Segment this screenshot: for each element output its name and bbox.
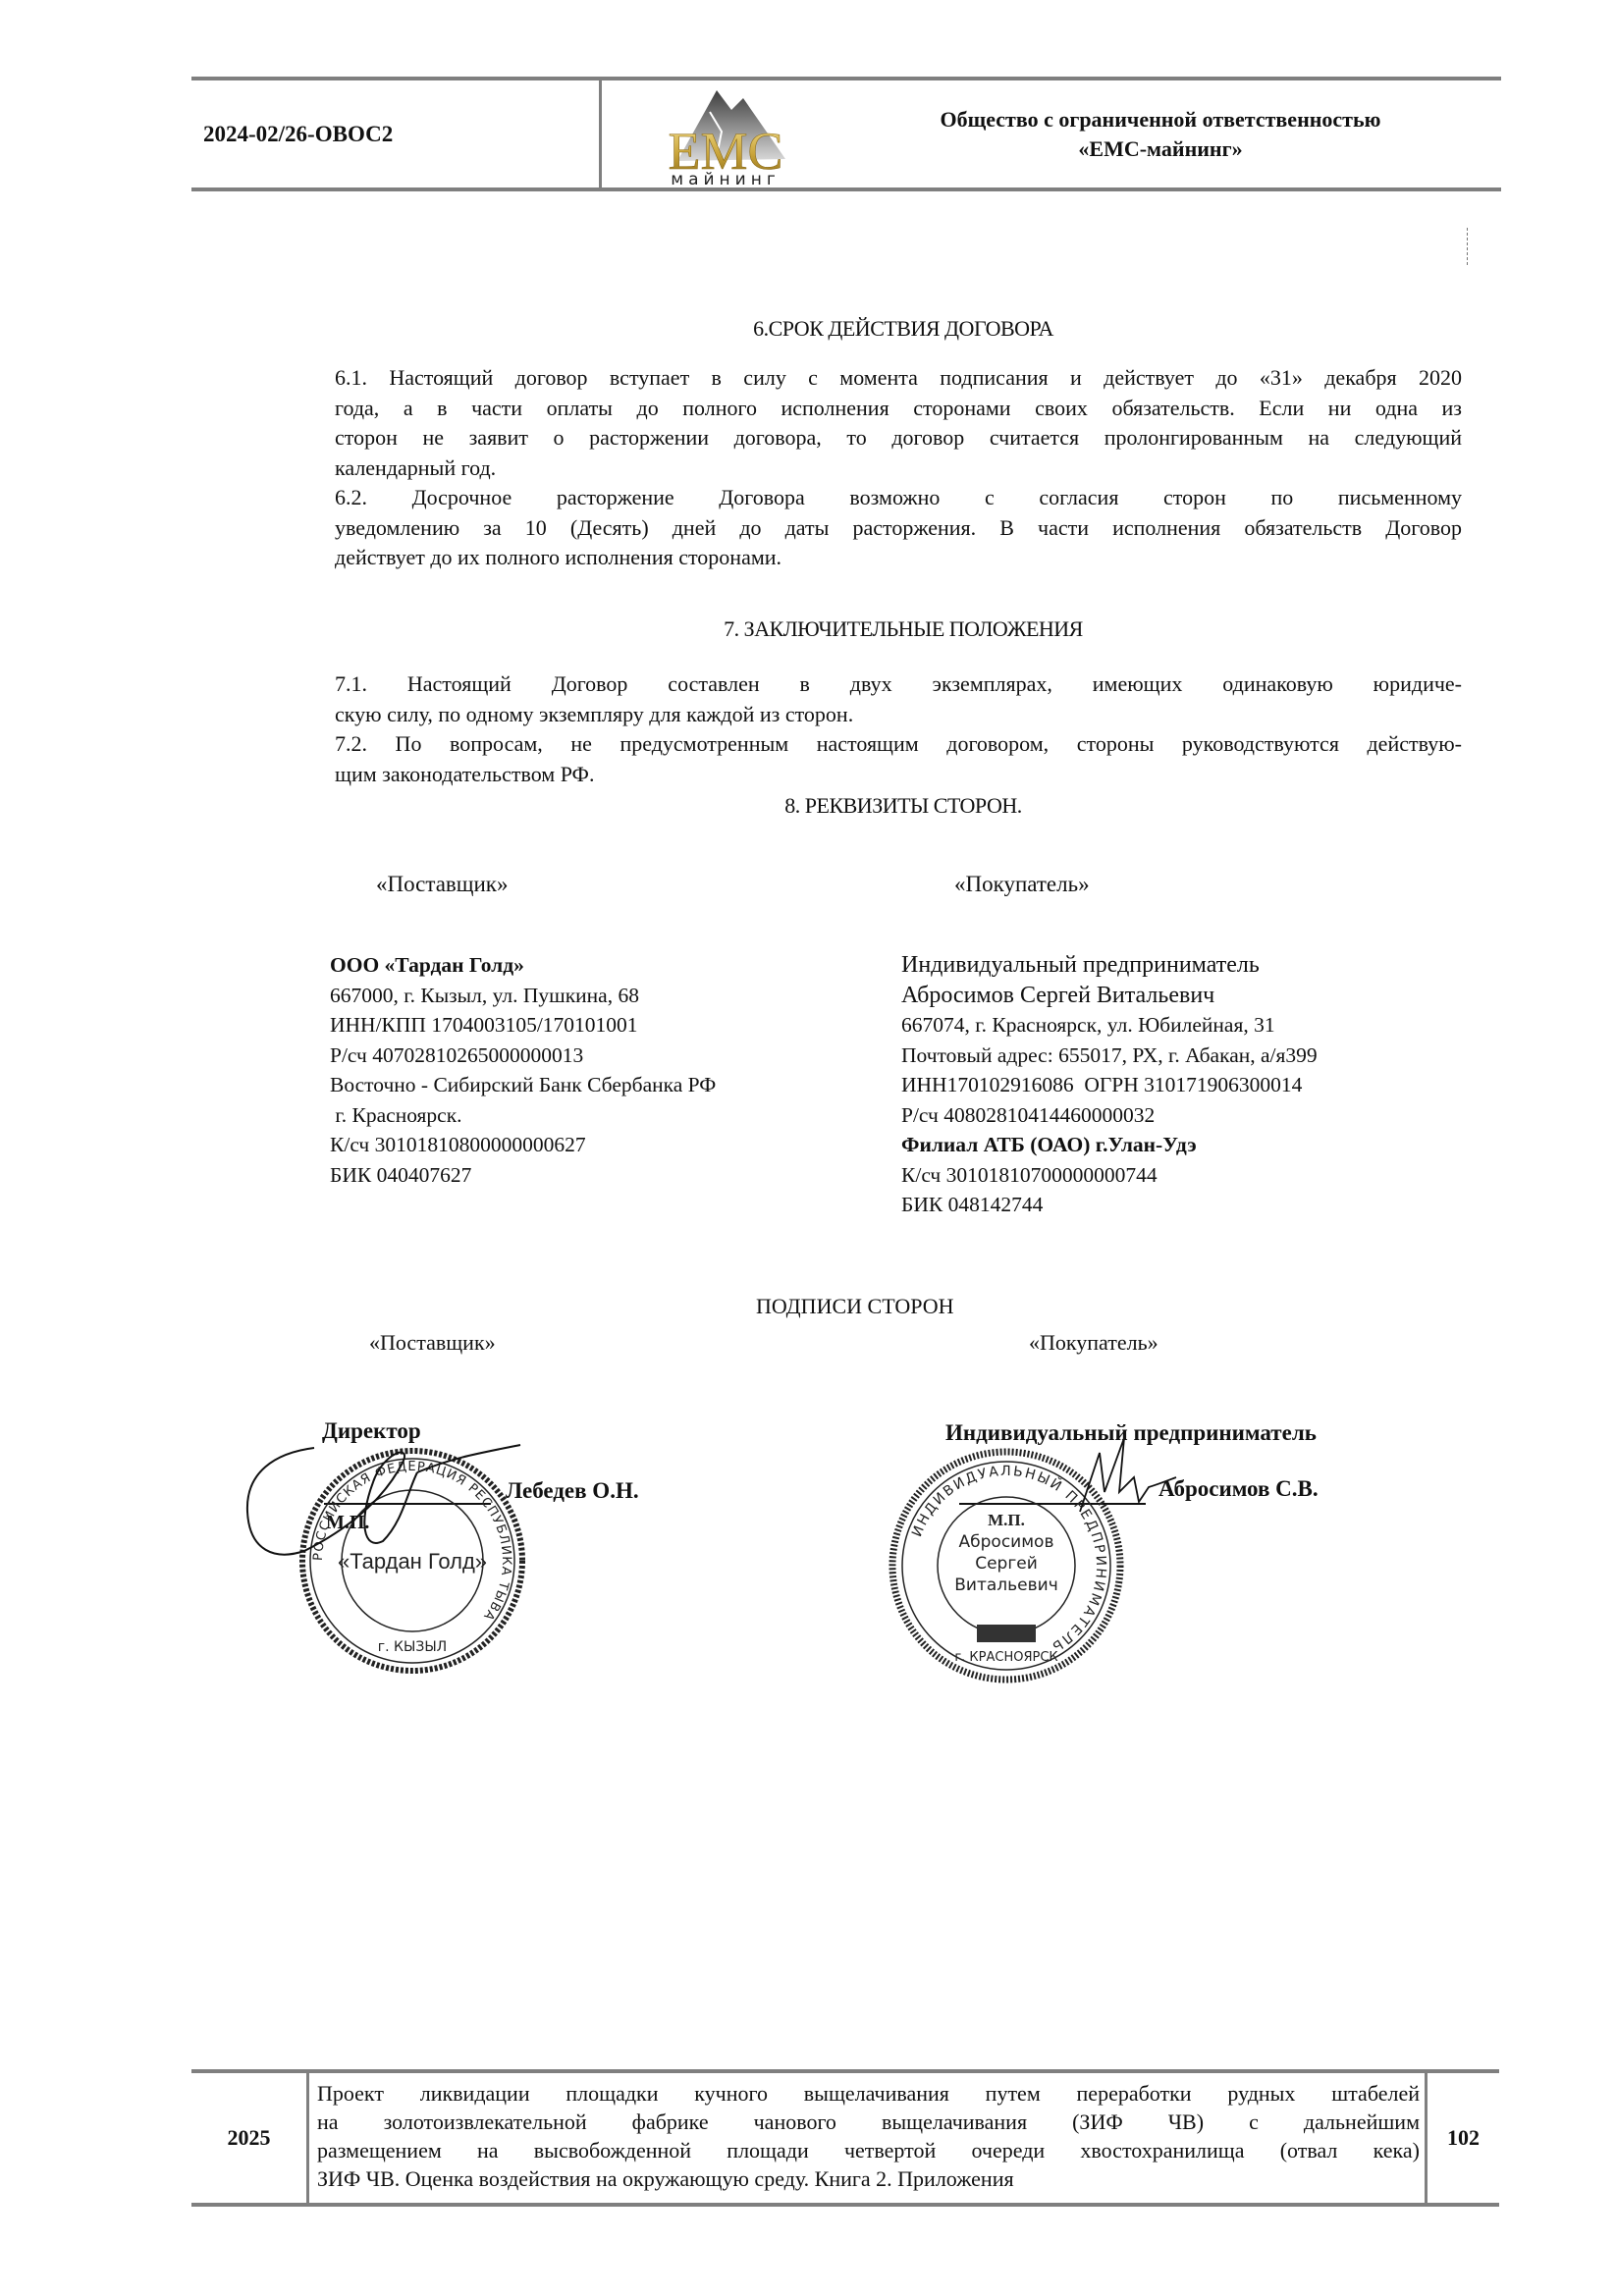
page-number: 102 bbox=[1427, 2073, 1499, 2203]
supplier-signature-role: «Поставщик» bbox=[369, 1330, 496, 1356]
buyer-bank: Филиал АТБ (ОАО) г.Улан-Удэ bbox=[901, 1130, 1318, 1160]
mountain-logo-icon: EMC майнинг bbox=[623, 82, 830, 187]
buyer-name: Абросимов Сергей Витальевич bbox=[901, 981, 1318, 1011]
text-line: на золотоизвлекательной фабрике чанового… bbox=[317, 2108, 1420, 2136]
buyer-address: 667074, г. Красноярск, ул. Юбилейная, 31 bbox=[901, 1010, 1318, 1041]
supplier-bik: БИК 040407627 bbox=[330, 1160, 716, 1191]
text-line: 6.2. Досрочное расторжение Договора возм… bbox=[335, 483, 1462, 513]
page-footer: 2025 Проект ликвидации площадки кучного … bbox=[191, 2069, 1499, 2207]
scan-artifact bbox=[1467, 228, 1469, 265]
text-line: скую силу, по одному экземпляру для кажд… bbox=[335, 700, 1462, 730]
text-line: года, а в части оплаты до полного исполн… bbox=[335, 394, 1462, 424]
organization-name: Общество с ограниченной ответственностью… bbox=[820, 80, 1501, 187]
clause-6-2: 6.2. Досрочное расторжение Договора возм… bbox=[335, 483, 1462, 573]
footer-year: 2025 bbox=[191, 2073, 306, 2203]
text-line: щим законодательством РФ. bbox=[335, 760, 1462, 790]
stamp-center-line-1: Абросимов bbox=[959, 1532, 1054, 1552]
buyer-bik: БИК 048142744 bbox=[901, 1190, 1318, 1220]
supplier-address: 667000, г. Кызыл, ул. Пушкина, 68 bbox=[330, 981, 716, 1011]
document-code: 2024-02/26-ОВОС2 bbox=[203, 80, 596, 187]
org-line-2: «ЕМС-майнинг» bbox=[1078, 134, 1242, 164]
stamp-center-line-3: Витальевич bbox=[954, 1575, 1058, 1595]
supplier-inn-kpp: ИНН/КПП 1704003105/170101001 bbox=[330, 1010, 716, 1041]
signatures-title: ПОДПИСИ СТОРОН bbox=[756, 1294, 954, 1319]
supplier-requisites: ООО «Тардан Голд» 667000, г. Кызыл, ул. … bbox=[330, 950, 716, 1190]
supplier-corr-account: К/сч 30101810800000000627 bbox=[330, 1130, 716, 1160]
text-line: сторон не заявит о расторжении договора,… bbox=[335, 423, 1462, 454]
section-7-title: 7. ЗАКЛЮЧИТЕЛЬНЫЕ ПОЛОЖЕНИЯ bbox=[324, 616, 1482, 642]
text-line: 6.1. Настоящий договор вступает в силу с… bbox=[335, 363, 1462, 394]
stamp-city-text: г. КЫЗЫЛ bbox=[378, 1639, 447, 1655]
text-line: 7.1. Настоящий Договор составлен в двух … bbox=[335, 669, 1462, 700]
supplier-company-name: ООО «Тардан Голд» bbox=[330, 950, 716, 981]
supplier-bank: Восточно - Сибирский Банк Сбербанка РФ bbox=[330, 1070, 716, 1100]
text-line: уведомлению за 10 (Десять) дней до даты … bbox=[335, 513, 1462, 544]
supplier-account: Р/сч 40702810265000000013 bbox=[330, 1041, 716, 1071]
buyer-signature-role: «Покупатель» bbox=[1029, 1330, 1158, 1356]
stamp-center-line-2: Сергей bbox=[975, 1554, 1038, 1574]
buyer-signature-scribble-icon bbox=[1070, 1433, 1178, 1522]
buyer-type: Индивидуальный предприниматель bbox=[901, 950, 1318, 981]
buyer-corr-account: К/сч 30101810700000000744 bbox=[901, 1160, 1318, 1191]
supplier-role: «Поставщик» bbox=[376, 872, 509, 897]
text-line: действует до их полного исполнения сторо… bbox=[335, 543, 1462, 573]
text-line: ЗИФ ЧВ. Оценка воздействия на окружающую… bbox=[317, 2164, 1420, 2193]
org-line-1: Общество с ограниченной ответственностью bbox=[941, 105, 1381, 134]
page-header: 2024-02/26-ОВОС2 EMC майнинг Общество с … bbox=[191, 77, 1501, 191]
header-divider bbox=[599, 80, 602, 191]
supplier-bank-city: г. Красноярск. bbox=[330, 1100, 716, 1131]
buyer-signatory-name: Абросимов С.В. bbox=[1158, 1476, 1319, 1502]
section-8-title: 8. РЕКВИЗИТЫ СТОРОН. bbox=[324, 793, 1482, 819]
footer-divider bbox=[306, 2073, 309, 2203]
buyer-role: «Покупатель» bbox=[954, 872, 1090, 897]
stamp-city-text: г. КРАСНОЯРСК bbox=[954, 1650, 1057, 1665]
section-6-title: 6.СРОК ДЕЙСТВИЯ ДОГОВОРА bbox=[324, 316, 1482, 342]
text-line: Проект ликвидации площадки кучного выщел… bbox=[317, 2079, 1420, 2108]
footer-project-title: Проект ликвидации площадки кучного выщел… bbox=[317, 2079, 1420, 2193]
clause-7-1: 7.1. Настоящий Договор составлен в двух … bbox=[335, 669, 1462, 729]
supplier-signature-scribble-icon bbox=[236, 1443, 530, 1580]
buyer-inn-ogrn: ИНН170102916086 ОГРН 310171906300014 bbox=[901, 1070, 1318, 1100]
buyer-mp-label: М.П. bbox=[988, 1511, 1025, 1529]
logo-subtitle: майнинг bbox=[671, 170, 781, 187]
clause-7-2: 7.2. По вопросам, не предусмотренным нас… bbox=[335, 729, 1462, 789]
buyer-postal-address: Почтовый адрес: 655017, РХ, г. Абакан, а… bbox=[901, 1041, 1318, 1071]
text-line: календарный год. bbox=[335, 454, 1462, 484]
buyer-account: Р/сч 40802810414460000032 bbox=[901, 1100, 1318, 1131]
text-line: размещением на высвобожденной площади че… bbox=[317, 2136, 1420, 2164]
text-line: 7.2. По вопросам, не предусмотренным нас… bbox=[335, 729, 1462, 760]
clause-6-1: 6.1. Настоящий договор вступает в силу с… bbox=[335, 363, 1462, 483]
buyer-requisites: Индивидуальный предприниматель Абросимов… bbox=[901, 950, 1318, 1220]
